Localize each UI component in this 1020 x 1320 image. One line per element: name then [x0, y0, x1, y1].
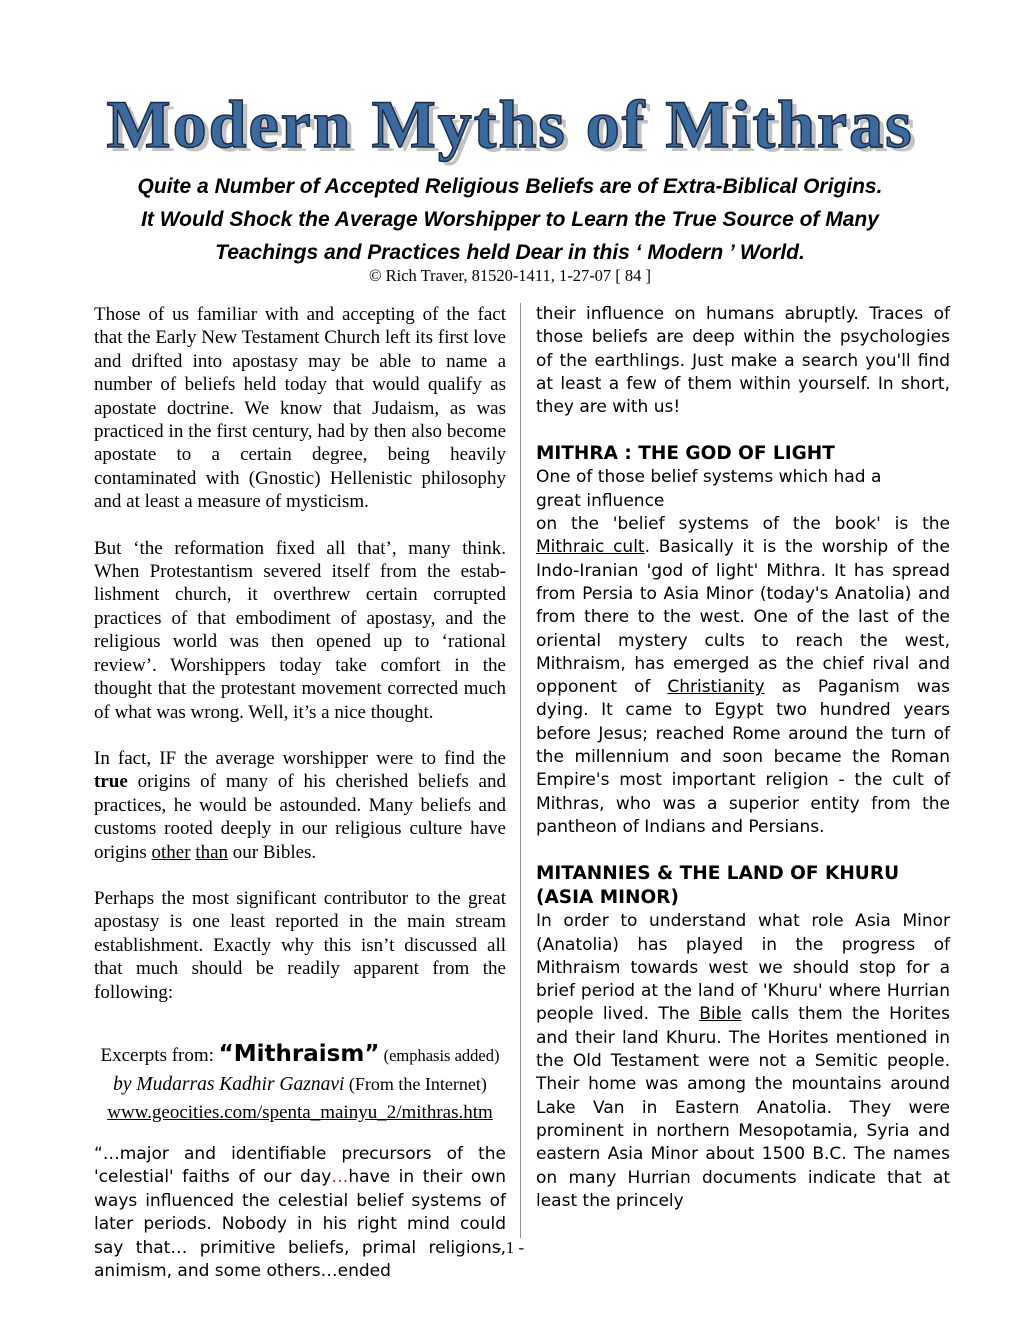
mithraism-title: “Mithraism” [219, 1041, 380, 1067]
subtitle-line-3: Teachings and Practices held Dear in thi… [60, 236, 960, 269]
subtitle-line-1: Quite a Number of Accepted Religious Bel… [60, 170, 960, 203]
heading-line: (ASIA MINOR) [536, 887, 679, 908]
page-number: - 1 - [0, 1238, 1020, 1258]
heading-mithra-god-of-light: MITHRA : THE GOD OF LIGHT [536, 442, 950, 466]
paragraph-intro: Those of us familiar with and accepting … [94, 303, 506, 514]
excerpt-author-line: by Mudarras Kadhir Gaznavi (From the Int… [94, 1070, 506, 1099]
from-internet-note: (From the Internet) [344, 1074, 486, 1094]
page-title: Modern Myths of Mithras [0, 72, 1020, 176]
excerpts-from-label: Excerpts from: [100, 1045, 218, 1066]
text-run: as Paganism was dying. It came to Egypt … [536, 677, 950, 837]
text-run: on the 'belief systems of the book' is t… [536, 514, 950, 534]
emphasis-added-note: (emphasis added) [379, 1046, 499, 1065]
paragraph-reformation: But ‘the reformation fixed all that’, ma… [94, 537, 506, 724]
underlined-text-run: other [152, 842, 191, 863]
excerpt-citation-block: Excerpts from: “Mithraism” (emphasis add… [94, 1040, 506, 1127]
text-run: great influence [536, 491, 664, 511]
document-page: Modern Myths of Mithras Quite a Number o… [0, 0, 1020, 1320]
text-run: One of those belief systems which had a [536, 467, 881, 487]
underlined-mithraic-cult: Mithraic cult [536, 537, 645, 557]
paragraph-influence: their influence on humans abruptly. Trac… [536, 303, 950, 419]
text-run: our Bibles. [228, 842, 316, 863]
underlined-christianity: Christianity [667, 677, 764, 697]
paragraph-true-origins: In fact, IF the average worshipper were … [94, 747, 506, 864]
paragraph-belief-systems-lead: One of those belief systems which had ag… [536, 466, 950, 513]
right-column: their influence on humans abruptly. Trac… [536, 303, 950, 1236]
text-run: calls them the Horites and their land Kh… [536, 1004, 950, 1210]
heading-mitannies-khuru: MITANNIES & THE LAND OF KHURU(ASIA MINOR… [536, 862, 950, 910]
text-run: . Basically it is the worship of the Ind… [536, 537, 950, 697]
paragraph-contributor: Perhaps the most significant contributor… [94, 887, 506, 1004]
author-byline: © Rich Traver, 81520-1411, 1-27-07 [ 84 … [0, 266, 1020, 286]
left-column: Those of us familiar with and accepting … [94, 303, 506, 1307]
underlined-bible: Bible [699, 1004, 741, 1024]
subtitle-line-2: It Would Shock the Average Worshipper to… [60, 203, 960, 236]
paragraph-asia-minor: In order to understand what role Asia Mi… [536, 910, 950, 1213]
subtitle: Quite a Number of Accepted Religious Bel… [60, 170, 960, 269]
paragraph-mithraic-cult: on the 'belief systems of the book' is t… [536, 513, 950, 839]
excerpt-source-line: Excerpts from: “Mithraism” (emphasis add… [94, 1040, 506, 1070]
paragraph-quote-precursors: “…major and identifiable precursors of t… [94, 1143, 506, 1284]
column-divider-line [520, 303, 521, 1238]
underlined-text-run: than [195, 842, 228, 863]
text-run: In fact, IF the average worshipper were … [94, 748, 506, 769]
excerpt-author: by Mudarras Kadhir Gaznavi [113, 1074, 344, 1095]
heading-line: MITANNIES & THE LAND OF KHURU [536, 863, 899, 884]
bold-text-run: true [94, 771, 128, 792]
excerpt-url-line: www.geocities.com/spenta_mainyu_2/mithra… [94, 1099, 506, 1127]
source-url-link[interactable]: www.geocities.com/spenta_mainyu_2/mithra… [107, 1102, 493, 1123]
red-ellipsis-run: … [331, 1167, 348, 1187]
